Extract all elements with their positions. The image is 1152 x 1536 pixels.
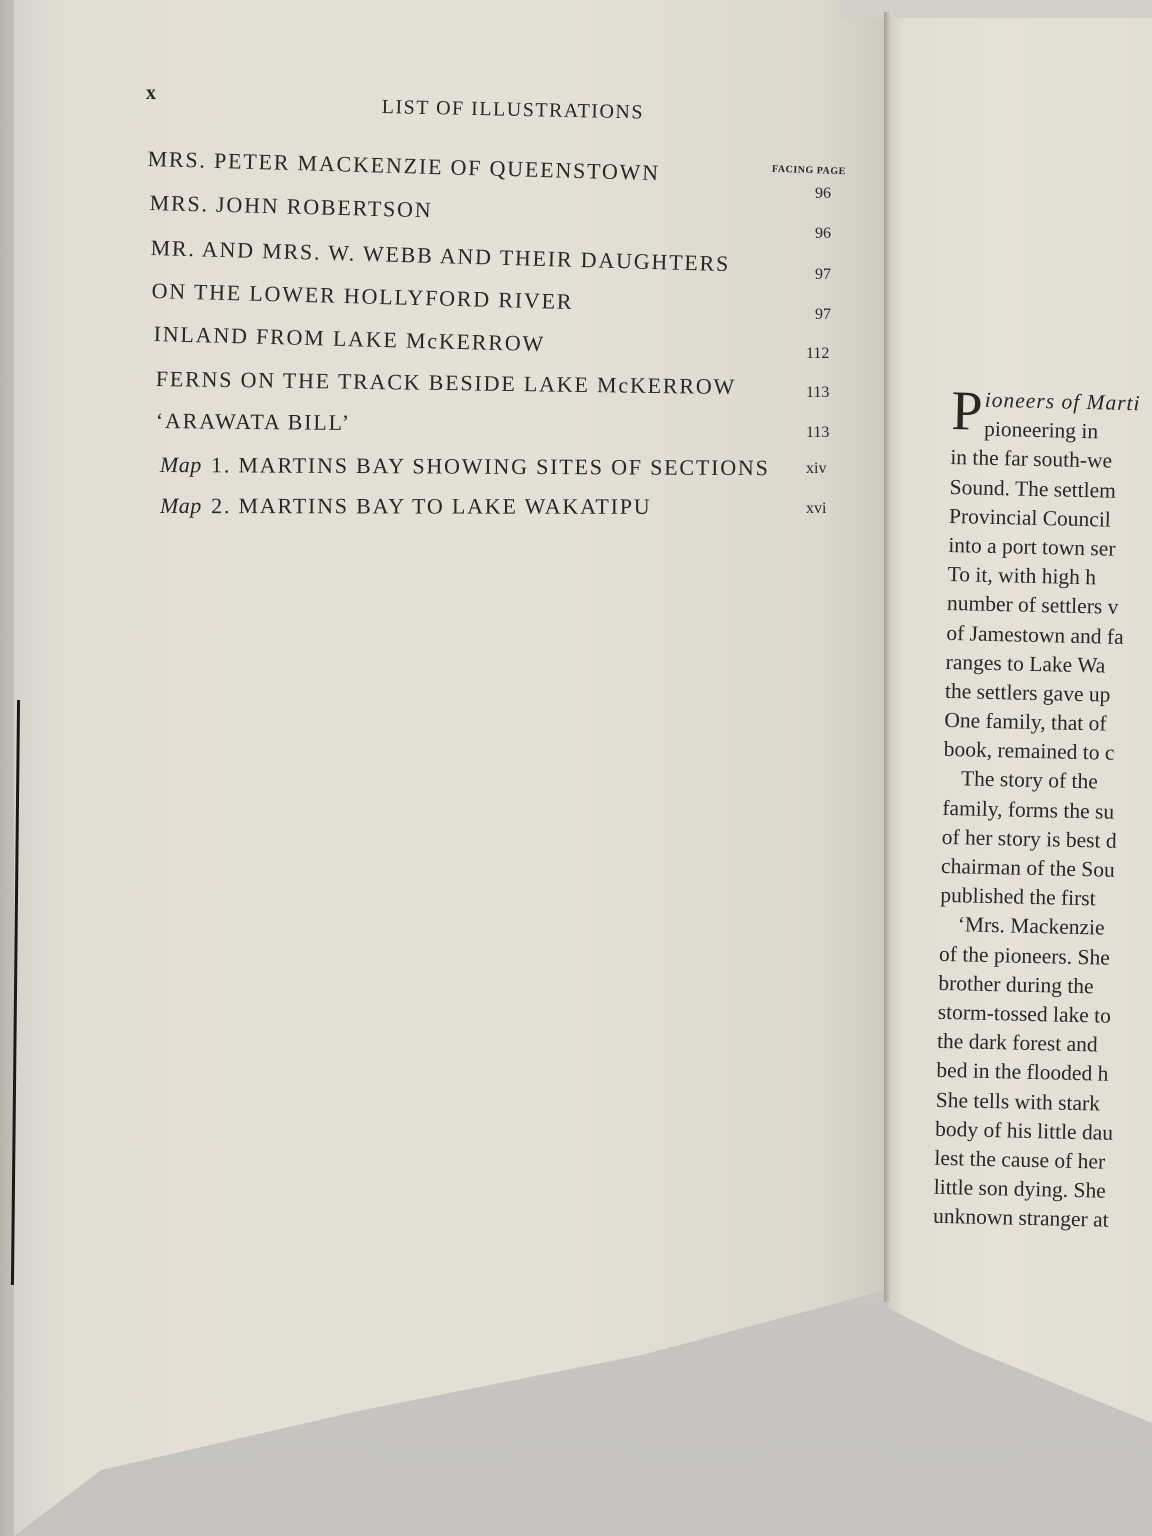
entry-page: 96	[815, 225, 831, 243]
entry-page: 112	[806, 345, 829, 363]
book-gutter	[884, 12, 890, 1302]
left-page	[14, 0, 886, 1536]
text-line: unknown stranger at	[933, 1202, 1152, 1237]
entry-title: 1. MARTINS BAY SHOWING SITES OF SECTIONS	[211, 452, 770, 480]
entry-title: ‘ARAWATA BILL’	[156, 408, 351, 435]
entry-page: xvi	[806, 500, 826, 518]
entry-page: 96	[815, 185, 831, 203]
entry-page: 113	[806, 424, 829, 442]
right-page-body-text: Pioneers of Marti pioneering in in the f…	[933, 385, 1152, 1237]
map-prefix: Map	[160, 493, 202, 518]
map-entry: Map 1. MARTINS BAY SHOWING SITES OF SECT…	[160, 452, 770, 481]
drop-cap: P	[951, 389, 983, 434]
entry-page: 97	[815, 266, 831, 284]
page-number: x	[146, 82, 157, 105]
entry-page: 113	[806, 384, 829, 402]
entry-title: 2. MARTINS BAY TO LAKE WAKATIPU	[211, 493, 651, 519]
map-entry: Map 2. MARTINS BAY TO LAKE WAKATIPU	[160, 493, 652, 520]
entry-page: xiv	[806, 460, 826, 478]
map-prefix: Map	[160, 452, 202, 477]
entry-page: 97	[815, 306, 831, 324]
illustration-entry: ‘ARAWATA BILL’	[156, 408, 351, 436]
text-line: Pioneers of Marti	[951, 385, 1152, 420]
